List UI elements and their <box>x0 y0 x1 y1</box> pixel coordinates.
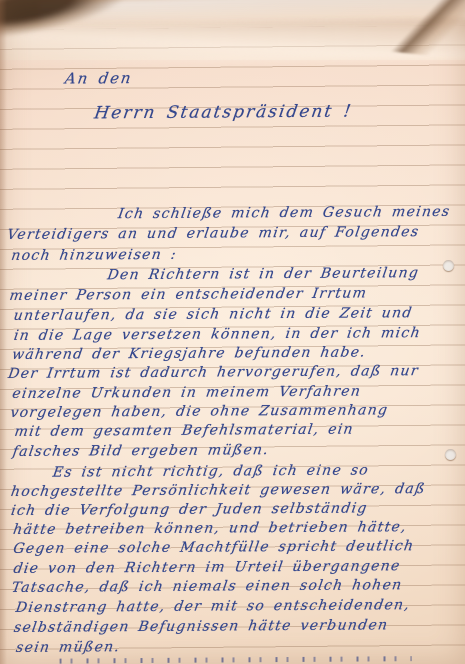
paper-sheet: An den Herrn Staatspräsident ! Ich schli… <box>0 0 465 664</box>
handwritten-line: selbständigen Befugnissen hätte verbunde… <box>12 616 389 638</box>
handwriting-layer: An den Herrn Staatspräsident ! Ich schli… <box>0 0 465 664</box>
handwritten-line: Verteidigers an und erlaube mir, auf Fol… <box>6 223 421 245</box>
handwritten-line: einzelne Urkunden in meinem Verfahren <box>11 382 363 403</box>
handwritten-line: Den Richtern ist in der Beurteilung <box>106 264 421 285</box>
handwritten-line: während der Kriegsjahre befunden habe. <box>11 343 368 364</box>
recipient-line-2: Herrn Staatspräsident ! <box>93 103 354 124</box>
scanned-letter: An den Herrn Staatspräsident ! Ich schli… <box>0 0 465 664</box>
handwritten-line: Tatsache, daß ich niemals einen solch ho… <box>10 576 404 598</box>
handwritten-line: ich die Verfolgung der Juden selbständig <box>10 499 369 521</box>
handwritten-line: meiner Person ein entscheidender Irrtum <box>8 284 368 306</box>
handwritten-line: sein müßen. <box>15 638 122 658</box>
handwritten-line: mit dem gesamten Befehlsmaterial, ein <box>13 421 355 442</box>
handwritten-line: falsches Bild ergeben müßen. <box>11 441 270 462</box>
handwritten-line: Dienstrang hatte, der mit so entscheiden… <box>14 596 411 618</box>
handwritten-line: Gegen eine solche Machtfülle spricht deu… <box>12 537 416 559</box>
handwritten-line: Ich schließe mich dem Gesuch meines <box>117 203 452 224</box>
handwritten-line: Der Irrtum ist dadurch hervorgerufen, da… <box>7 362 421 384</box>
handwritten-line: unterlaufen, da sie sich nicht in die Ze… <box>12 304 414 326</box>
handwritten-line: noch hinzuweisen : <box>10 246 178 266</box>
handwritten-line: Es ist nicht richtig, daß ich eine so <box>51 461 370 482</box>
recipient-line-1: An den <box>64 69 134 88</box>
